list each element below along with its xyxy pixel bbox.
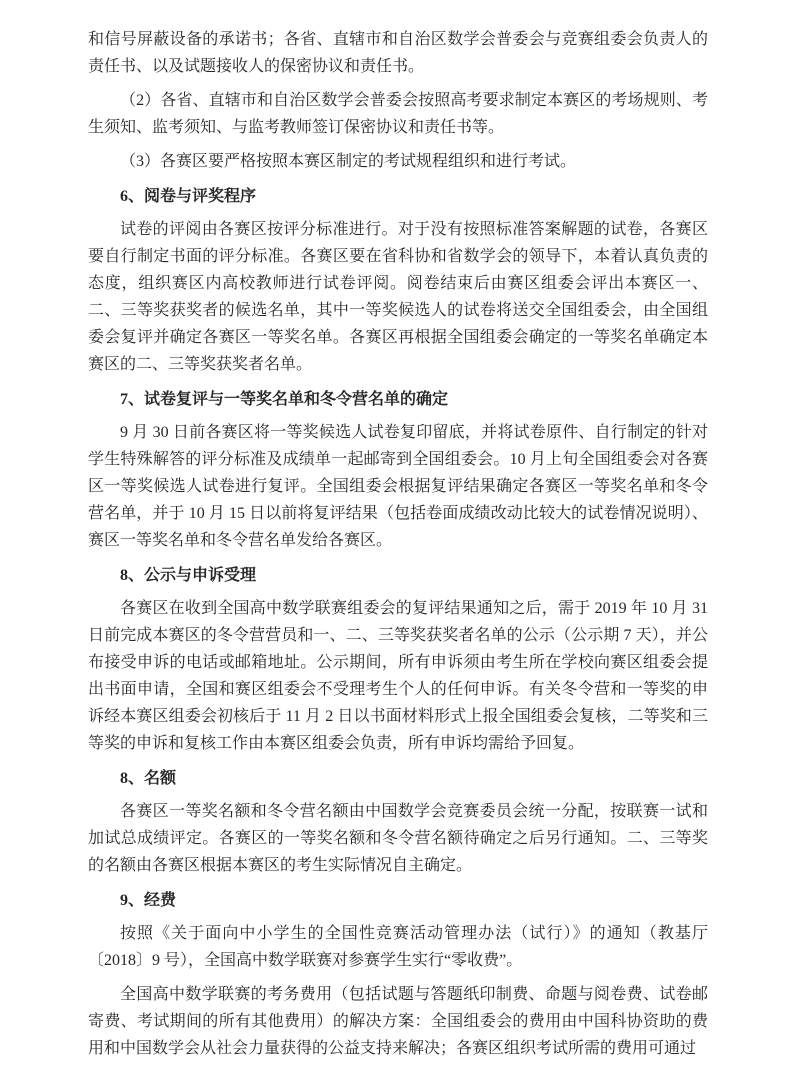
section-heading: 7、试卷复评与一等奖名单和冬令营名单的确定: [88, 386, 708, 413]
paragraph: （3）各赛区要严格按照本赛区制定的考试规程组织和进行考试。: [88, 148, 708, 175]
paragraph: （2）各省、直辖市和自治区数学会普委会按照高考要求制定本赛区的考场规则、考生须知…: [88, 87, 708, 141]
paragraph: 全国高中数学联赛的考务费用（包括试题与答题纸印制费、命题与阅卷费、试卷邮寄费、考…: [88, 981, 708, 1062]
section-heading: 6、阅卷与评奖程序: [88, 183, 708, 210]
paragraph: 试卷的评阅由各赛区按评分标准进行。对于没有按照标准答案解题的试卷，各赛区要自行制…: [88, 216, 708, 378]
paragraph: 按照《关于面向中小学生的全国性竞赛活动管理办法（试行）》的通知（教基厅〔2018…: [88, 920, 708, 974]
section-heading: 8、公示与申诉受理: [88, 562, 708, 589]
paragraph: 各赛区一等奖名额和冬令营名额由中国数学会竞赛委员会统一分配，按联赛一试和加试总成…: [88, 798, 708, 879]
paragraph: 9 月 30 日前各赛区将一等奖候选人试卷复印留底，并将试卷原件、自行制定的针对…: [88, 419, 708, 554]
document-body: 和信号屏蔽设备的承诺书；各省、直辖市和自治区数学会普委会与竞赛组委会负责人的责任…: [88, 26, 708, 1062]
document-page: 和信号屏蔽设备的承诺书；各省、直辖市和自治区数学会普委会与竞赛组委会负责人的责任…: [0, 0, 794, 1074]
section-heading: 9、经费: [88, 887, 708, 914]
paragraph: 各赛区在收到全国高中数学联赛组委会的复评结果通知之后，需于 2019 年 10 …: [88, 595, 708, 757]
paragraph: 和信号屏蔽设备的承诺书；各省、直辖市和自治区数学会普委会与竞赛组委会负责人的责任…: [88, 26, 708, 80]
section-heading: 8、名额: [88, 765, 708, 792]
